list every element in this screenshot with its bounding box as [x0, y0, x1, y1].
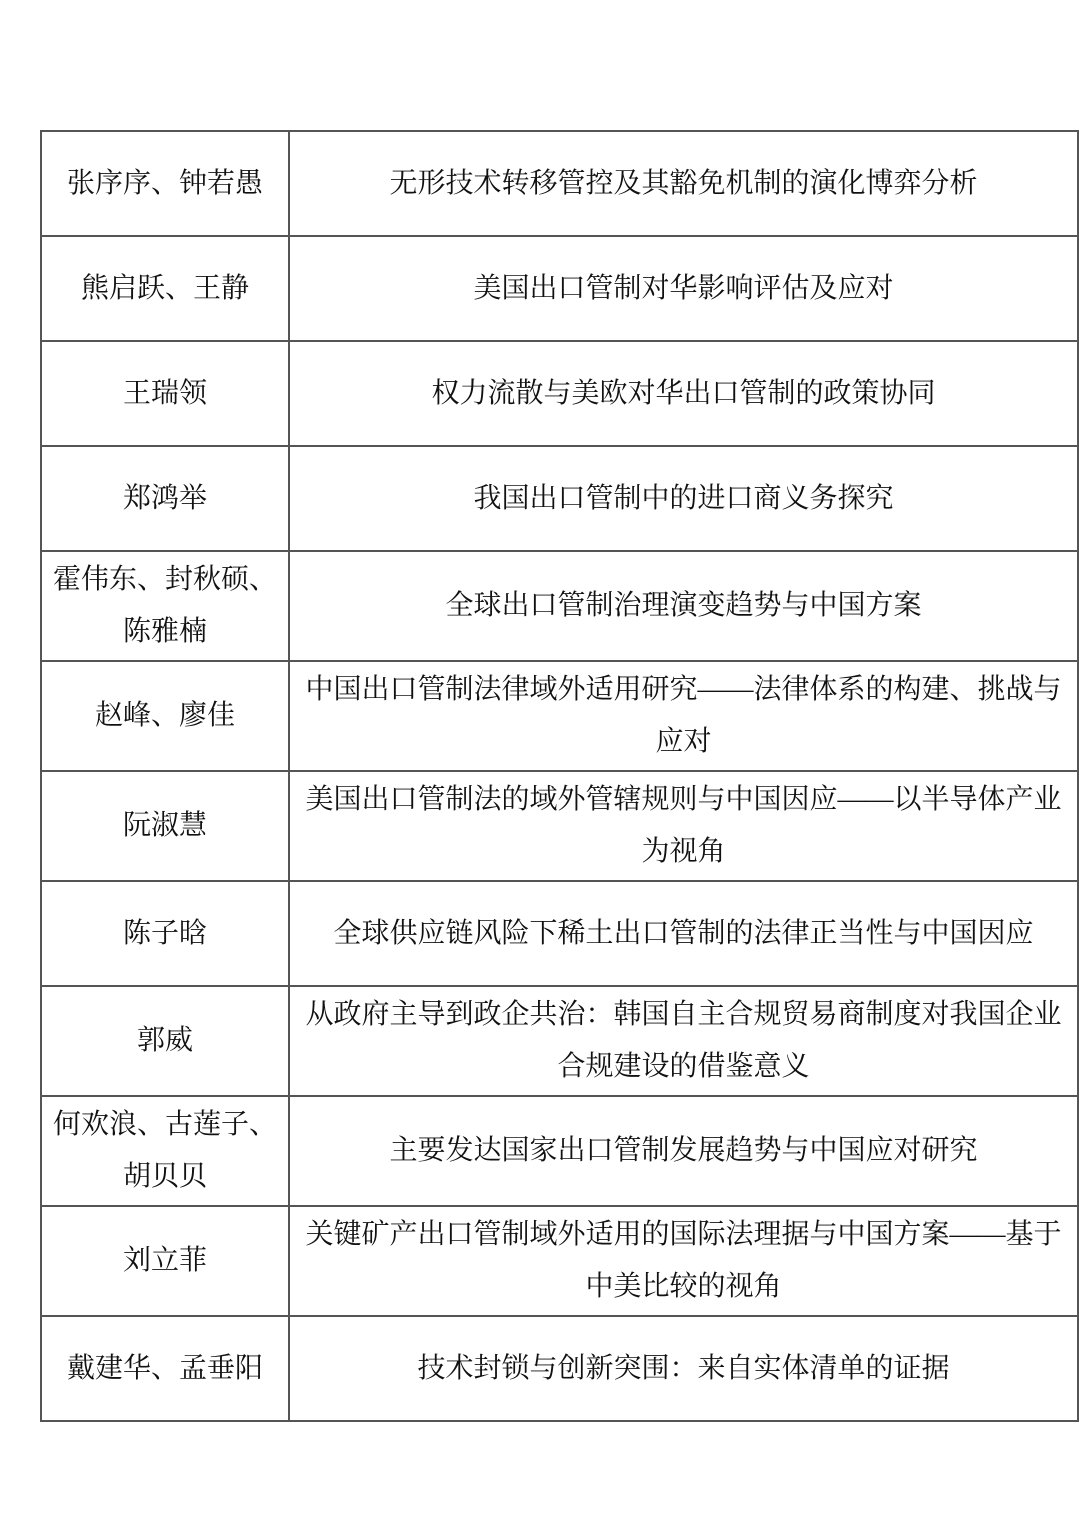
document-page: 张序序、钟若愚 无形技术转移管控及其豁免机制的演化博弈分析 熊启跃、王静 美国出… [0, 0, 1080, 1528]
title-cell: 主要发达国家出口管制发展趋势与中国应对研究 [289, 1096, 1078, 1206]
author-cell: 郑鸿举 [41, 446, 289, 551]
author-cell: 张序序、钟若愚 [41, 131, 289, 236]
title-cell: 美国出口管制法的域外管辖规则与中国因应——以半导体产业为视角 [289, 771, 1078, 881]
papers-table: 张序序、钟若愚 无形技术转移管控及其豁免机制的演化博弈分析 熊启跃、王静 美国出… [40, 130, 1079, 1422]
author-cell: 王瑞领 [41, 341, 289, 446]
title-cell: 美国出口管制对华影响评估及应对 [289, 236, 1078, 341]
table-row: 赵峰、廖佳 中国出口管制法律域外适用研究——法律体系的构建、挑战与应对 [41, 661, 1078, 771]
title-cell: 全球供应链风险下稀土出口管制的法律正当性与中国因应 [289, 881, 1078, 986]
author-cell: 阮淑慧 [41, 771, 289, 881]
table-row: 陈子晗 全球供应链风险下稀土出口管制的法律正当性与中国因应 [41, 881, 1078, 986]
title-cell: 中国出口管制法律域外适用研究——法律体系的构建、挑战与应对 [289, 661, 1078, 771]
author-cell: 戴建华、孟垂阳 [41, 1316, 289, 1421]
table-row: 王瑞领 权力流散与美欧对华出口管制的政策协同 [41, 341, 1078, 446]
table-row: 何欢浪、古莲子、胡贝贝 主要发达国家出口管制发展趋势与中国应对研究 [41, 1096, 1078, 1206]
author-cell: 赵峰、廖佳 [41, 661, 289, 771]
table-row: 戴建华、孟垂阳 技术封锁与创新突围：来自实体清单的证据 [41, 1316, 1078, 1421]
table-row: 张序序、钟若愚 无形技术转移管控及其豁免机制的演化博弈分析 [41, 131, 1078, 236]
table-row: 霍伟东、封秋硕、陈雅楠 全球出口管制治理演变趋势与中国方案 [41, 551, 1078, 661]
author-cell: 霍伟东、封秋硕、陈雅楠 [41, 551, 289, 661]
author-cell: 陈子晗 [41, 881, 289, 986]
author-cell: 郭威 [41, 986, 289, 1096]
title-cell: 我国出口管制中的进口商义务探究 [289, 446, 1078, 551]
table-row: 阮淑慧 美国出口管制法的域外管辖规则与中国因应——以半导体产业为视角 [41, 771, 1078, 881]
author-cell: 熊启跃、王静 [41, 236, 289, 341]
table-row: 熊启跃、王静 美国出口管制对华影响评估及应对 [41, 236, 1078, 341]
title-cell: 从政府主导到政企共治：韩国自主合规贸易商制度对我国企业合规建设的借鉴意义 [289, 986, 1078, 1096]
table-row: 刘立菲 关键矿产出口管制域外适用的国际法理据与中国方案——基于中美比较的视角 [41, 1206, 1078, 1316]
title-cell: 权力流散与美欧对华出口管制的政策协同 [289, 341, 1078, 446]
title-cell: 关键矿产出口管制域外适用的国际法理据与中国方案——基于中美比较的视角 [289, 1206, 1078, 1316]
table-row: 郭威 从政府主导到政企共治：韩国自主合规贸易商制度对我国企业合规建设的借鉴意义 [41, 986, 1078, 1096]
title-cell: 无形技术转移管控及其豁免机制的演化博弈分析 [289, 131, 1078, 236]
author-cell: 刘立菲 [41, 1206, 289, 1316]
title-cell: 全球出口管制治理演变趋势与中国方案 [289, 551, 1078, 661]
author-cell: 何欢浪、古莲子、胡贝贝 [41, 1096, 289, 1206]
title-cell: 技术封锁与创新突围：来自实体清单的证据 [289, 1316, 1078, 1421]
table-row: 郑鸿举 我国出口管制中的进口商义务探究 [41, 446, 1078, 551]
